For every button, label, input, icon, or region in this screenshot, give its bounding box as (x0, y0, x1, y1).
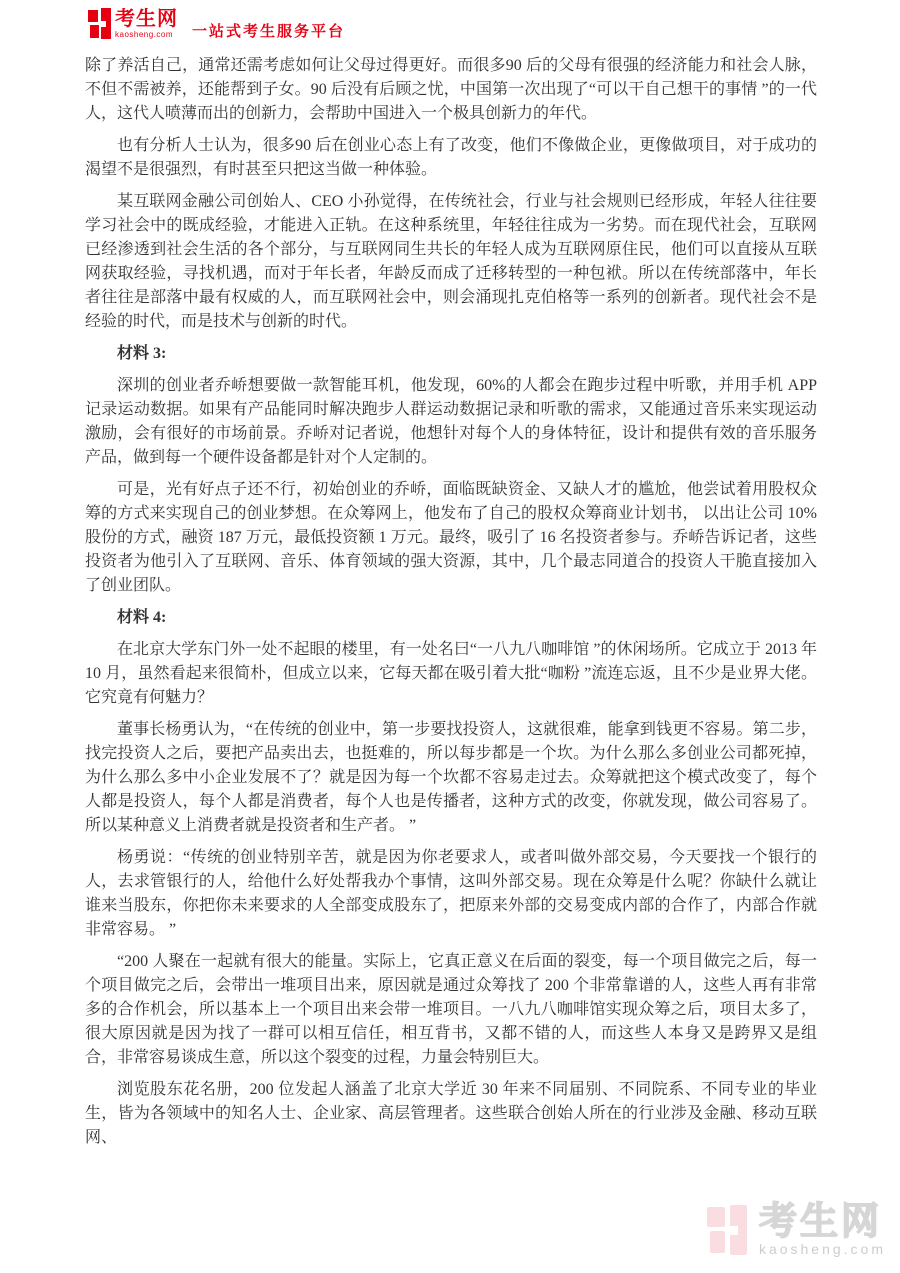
paragraph: 某互联网金融公司创始人、CEO 小孙觉得，在传统社会，行业与社会规则已经形成，年… (85, 190, 817, 334)
document-content: 除了养活自己，通常还需考虑如何让父母过得更好。而很多90 后的父母有很强的经济能… (85, 54, 817, 1158)
paragraph: 杨勇说：“传统的创业特别辛苦，就是因为你老要求人，或者叫做外部交易，今天要找一个… (85, 846, 817, 942)
paragraph: 董事长杨勇认为，“在传统的创业中，第一步要找投资人，这就很难，能拿到钱更不容易。… (85, 718, 817, 838)
logo-block (90, 25, 99, 38)
logo-notch (101, 21, 106, 27)
watermark-text: 考生网 kaosheng.com (759, 1203, 886, 1257)
paragraph: 在北京大学东门外一处不起眼的楼里，有一处名曰“一八九八咖啡馆 ”的休闲场所。它成… (85, 638, 817, 710)
material-4-heading: 材料 4: (85, 606, 817, 630)
watermark-block (707, 1207, 725, 1227)
paragraph: 深圳的创业者乔峤想要做一款智能耳机，他发现，60%的人都会在跑步过程中听歌，并用… (85, 374, 817, 470)
paragraph: “200 人聚在一起就有很大的能量。实际上，它真正意义在后面的裂变，每一个项目做… (85, 950, 817, 1070)
brand-text: 考生网 kaosheng.com (115, 8, 178, 39)
watermark-block (710, 1231, 725, 1253)
brand-name: 考生网 (115, 8, 178, 30)
brand-domain: kaosheng.com (115, 30, 178, 39)
watermark-brand-domain: kaosheng.com (759, 1241, 886, 1257)
material-3-heading: 材料 3: (85, 342, 817, 366)
watermark-notch (730, 1226, 738, 1235)
watermark-brand-name: 考生网 (759, 1203, 886, 1241)
logo-block (88, 10, 98, 22)
paragraph: 也有分析人士认为，很多90 后在创业心态上有了改变，他们不像做企业，更像做项目，… (85, 134, 817, 182)
kaosheng-logo-icon (88, 8, 112, 39)
paragraph: 浏览股东花名册，200 位发起人涵盖了北京大学近 30 年来不同届别、不同院系、… (85, 1078, 817, 1150)
paragraph: 可是，光有好点子还不行，初始创业的乔峤，面临既缺资金、又缺人才的尴尬，他尝试着用… (85, 478, 817, 598)
footer-watermark: 考生网 kaosheng.com (707, 1203, 886, 1257)
paragraph: 除了养活自己，通常还需考虑如何让父母过得更好。而很多90 后的父母有很强的经济能… (85, 54, 817, 126)
kaosheng-watermark-icon (707, 1205, 751, 1255)
brand-tagline: 一站式考生服务平台 (192, 20, 345, 41)
site-header: 考生网 kaosheng.com 一站式考生服务平台 (88, 8, 345, 41)
